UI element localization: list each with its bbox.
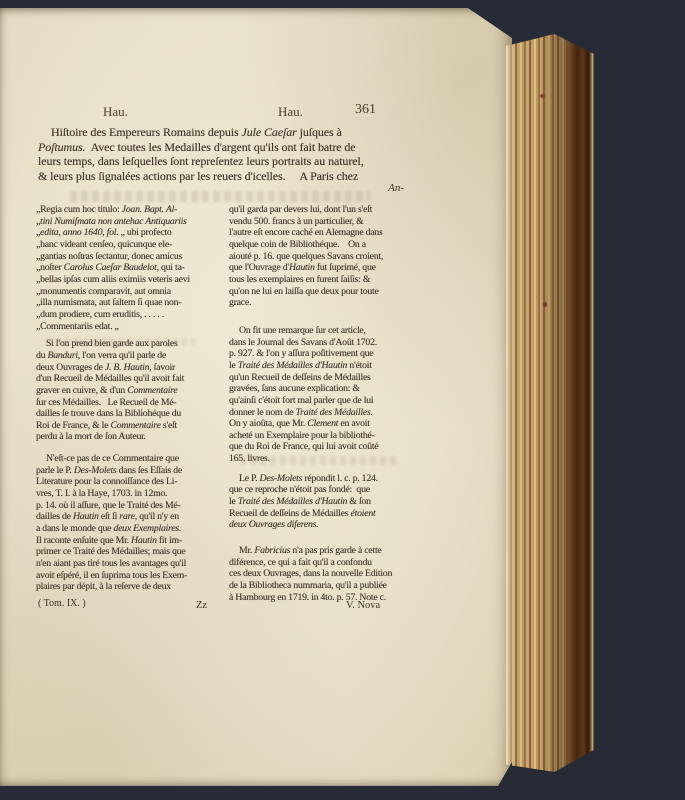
- paragraph: Mr. Fabricius n'a pas pris garde à cette…: [229, 545, 413, 603]
- book-pages-edge: [506, 34, 568, 772]
- text-line: que ce reproche n'étoit pas fondé: que: [229, 484, 413, 496]
- text: deux Ouvrages de: [36, 362, 105, 373]
- text: quelque coin de Bibliothéque. On a: [229, 239, 366, 250]
- italic-text: Des-Molets: [260, 473, 303, 484]
- text: „Commentariis edat. „: [36, 321, 119, 332]
- text: vres, T. I. à la Haye, 1703. in 12mo.: [36, 488, 167, 499]
- text: p. 14. où il aſſure, que le Traité des M…: [36, 500, 181, 511]
- text-line: N'eſt-ce pas de ce Commentaire que: [36, 453, 217, 465]
- text-line: de la Bibliotheca nummaria, qu'il a publ…: [229, 580, 413, 592]
- italic-text: Des-Molets: [74, 465, 117, 476]
- book-fore-edge: [506, 34, 594, 772]
- text: fut ſuprimé, que: [315, 262, 376, 273]
- text: avoit eſpéré, il en ſuprima tous les Exe…: [36, 570, 187, 581]
- text: acheté un Exemplaire pour la bibliothé-: [229, 430, 375, 441]
- book-cover-edge: [568, 34, 594, 772]
- paragraph: Le P. Des-Molets répondit l. c. p. 124.q…: [229, 473, 413, 531]
- italic-text: Commentaire: [127, 385, 177, 396]
- text: graver en cuivre, & d'un: [36, 385, 127, 396]
- text: Hiſtoire des Empereurs Romains depuis: [51, 125, 242, 139]
- text: gravées, ſans aucune explication: &: [229, 383, 360, 394]
- text: a dans le monde que: [36, 523, 113, 534]
- italic-text: J. B. Hautin: [105, 362, 149, 373]
- text-line: p. 14. où il aſſure, que le Traité des M…: [36, 500, 217, 512]
- text-line: que du Roi de France, qui lui avoit coût…: [229, 441, 413, 453]
- text: leurs temps, dans leſquelles ſont repreſ…: [38, 154, 364, 168]
- text: que du Roi de France, qui lui avoit coût…: [229, 441, 378, 452]
- text-line: Mr. Fabricius n'a pas pris garde à cette: [229, 545, 413, 557]
- text-line: aiouté p. 16. que quelques Savans croien…: [229, 251, 413, 263]
- text: „bellas ipſas cum aliis eximiis veteris …: [36, 274, 190, 285]
- page-number: 361: [355, 102, 376, 118]
- text-line: qu'il garda par devers lui, dont l'un s'…: [229, 204, 413, 216]
- text: répondit l. c. p. 124.: [302, 473, 378, 484]
- text-line: n'en aiant pas tiré tous les avantages q…: [36, 558, 217, 570]
- paragraph: Si l'on prend bien garde aux parolesdu B…: [36, 338, 217, 443]
- text-line: „edita, anno 1640, fol. „ ubi profecto: [36, 227, 217, 239]
- text: perdu à la mort de ſon Auteur.: [36, 431, 146, 442]
- text: Literature pour la connoiſſance des Li-: [36, 476, 177, 487]
- text: & ſon: [347, 496, 371, 507]
- text: n'en aiant pas tiré tous les avantages q…: [36, 558, 186, 569]
- text: Roi de France, & le: [36, 420, 110, 431]
- text: 165. livres.: [229, 453, 270, 464]
- text: de la Bibliotheca nummaria, qu'il a publ…: [229, 580, 387, 591]
- text-line: Poſtumus. Avec toutes les Medailles d'ar…: [38, 140, 416, 155]
- text: dailles ſe trouve dans la Bibliohéque du: [36, 408, 181, 419]
- italic-text: rare: [119, 511, 135, 522]
- text-line: gravées, ſans aucune explication: &: [229, 383, 413, 395]
- text: que l'Ouvrage d': [229, 262, 289, 273]
- text: , l'on verra qu'il parle de: [78, 350, 166, 361]
- text-columns: „Regia cum hoc titulo: Joan. Bapt. Al-„t…: [36, 204, 413, 603]
- text-line: „dum prodiere, cum eruditis, . . . . .: [36, 309, 217, 321]
- text-line: „illa numismata, aut ſaltem ſi quae non-: [36, 297, 217, 309]
- italic-text: Traité des Médailles d'Hautin: [238, 360, 347, 371]
- text-line: qu'ainſi c'étoit fort mal parler que de …: [229, 395, 413, 407]
- text: Si l'on prend bien garde aux paroles: [46, 338, 178, 349]
- italic-text: deux Exemplaires.: [113, 523, 181, 534]
- text-line: Recueil de deſſeins de Médailles étoient: [229, 508, 413, 520]
- text: , ſavoir: [149, 362, 175, 373]
- text-line: 165. livres.: [229, 453, 413, 465]
- text-line: Le P. Des-Molets répondit l. c. p. 124.: [229, 473, 413, 485]
- text: p. 927. & l'on y aſſura poſitivement que: [229, 348, 373, 359]
- text-line: dailles de Hautin eſt ſi rare, qu'il n'y…: [36, 511, 217, 523]
- text: primer ce Traité des Médailles; mais que: [36, 546, 185, 557]
- text-line: acheté un Exemplaire pour la bibliothé-: [229, 430, 413, 442]
- text: eſt ſi: [99, 511, 120, 522]
- text-line: „Commentariis edat. „: [36, 321, 217, 333]
- text: tous les exemplaires en furent ſaiſis: &: [229, 274, 370, 285]
- text: ces deux Ouvrages, dans la nouvelle Edit…: [229, 568, 392, 579]
- text: , qu'il n'y en: [135, 511, 179, 522]
- text-line: On y aioûta, que Mr. Clement en avoit: [229, 418, 413, 430]
- text-line: quelque coin de Bibliothéque. On a: [229, 239, 413, 251]
- text: qu'ainſi c'étoit fort mal parler que de …: [229, 395, 373, 406]
- text: n'a pas pris garde à cette: [290, 545, 381, 556]
- text-line: vendu 500. francs à un particulier, &: [229, 216, 413, 228]
- left-column: „Regia cum hoc titulo: Joan. Bapt. Al-„t…: [36, 204, 217, 603]
- text: d'un Recueil de Médailles qu'il avoit fa…: [36, 373, 184, 384]
- text-line: avoit eſpéré, il en ſuprima tous les Exe…: [36, 570, 217, 582]
- italic-text: Commentaire: [110, 420, 160, 431]
- paragraph: N'eſt-ce pas de ce Commentaire queparle …: [36, 453, 217, 593]
- text: „monumentis comparavit, aut omnia: [36, 286, 171, 297]
- edge-stain: [543, 302, 547, 307]
- text: „Regia cum hoc titulo:: [36, 204, 122, 215]
- text-line: „noſter Carolus Caeſar Baudelot, qui ta-: [36, 262, 217, 274]
- text-line: parle le P. Des-Molets dans ſes Eſſais d…: [36, 465, 217, 477]
- tome-label: ( Tom. IX. ): [38, 598, 86, 609]
- text-line: qu'un Recueil de deſſeins de Médailles: [229, 372, 413, 384]
- book-page: Hau. Hau. 361 Hiſtoire des Empereurs Rom…: [0, 8, 512, 786]
- text: Il raconte enſuite que Mr.: [36, 535, 131, 546]
- paragraph: qu'il garda par devers lui, dont l'un s'…: [229, 204, 413, 309]
- text: & leurs plus ſignalées actions par les r…: [38, 169, 358, 183]
- text-line: d'un Recueil de Médailles qu'il avoit fa…: [36, 373, 217, 385]
- bottom-catchword: V. Nova: [346, 600, 380, 611]
- text-line: „hanc videant cenſeo, quicunque ele-: [36, 239, 217, 251]
- text: „dum prodiere, cum eruditis, . . . . .: [36, 309, 164, 320]
- text: ſur ces Médailles. Le Recueil de Mé-: [36, 397, 176, 408]
- text: aiouté p. 16. que quelques Savans croien…: [229, 251, 383, 262]
- text-line: „tini Numiſmata non antehac Antiquariis: [36, 216, 217, 228]
- text: dans le Journal des Savans d'Août 1702.: [229, 337, 377, 348]
- text-line: dailles ſe trouve dans la Bibliohéque du: [36, 408, 217, 420]
- text-line: Il raconte enſuite que Mr. Hautin fit im…: [36, 535, 217, 547]
- text-line: „Regia cum hoc titulo: Joan. Bapt. Al-: [36, 204, 217, 216]
- text-line: a dans le monde que deux Exemplaires.: [36, 523, 217, 535]
- text-line: qu'on ne lui en laiſſa que deux pour tou…: [229, 286, 413, 298]
- text: On y aioûta, que Mr.: [229, 418, 307, 429]
- text-line: tous les exemplaires en furent ſaiſis: &: [229, 274, 413, 286]
- text-line: grace.: [229, 297, 413, 309]
- text: n'étoit: [347, 360, 372, 371]
- text: l'autre eſt encore caché en Alemagne dan…: [229, 227, 383, 238]
- italic-text: Carolus Caeſar Baudelot: [64, 262, 157, 273]
- text: vendu 500. francs à un particulier, &: [229, 216, 364, 227]
- text: donner le nom de: [229, 407, 296, 418]
- intro-paragraph: Hiſtoire des Empereurs Romains depuis Ju…: [38, 125, 416, 183]
- text-line: diférence, ce qui a fait qu'il a confond…: [229, 557, 413, 569]
- text-line: „gantias noſtras ſectantur, donec amicus: [36, 251, 217, 263]
- text-line: p. 927. & l'on y aſſura poſitivement que: [229, 348, 413, 360]
- italic-text: Joan. Bapt. Al-: [122, 204, 177, 215]
- text-line: „bellas ipſas cum aliis eximiis veteris …: [36, 274, 217, 286]
- italic-text: tini Numiſmata non antehac Antiquariis: [40, 216, 187, 227]
- book-photo: Hau. Hau. 361 Hiſtoire des Empereurs Rom…: [0, 0, 685, 800]
- text: fit im-: [157, 535, 182, 546]
- text-line: „monumentis comparavit, aut omnia: [36, 286, 217, 298]
- text-line: graver en cuivre, & d'un Commentaire: [36, 385, 217, 397]
- text-line: que l'Ouvrage d'Hautin fut ſuprimé, que: [229, 262, 413, 274]
- text: „hanc videant cenſeo, quicunque ele-: [36, 239, 172, 250]
- text-line: deux Ouvrages de J. B. Hautin, ſavoir: [36, 362, 217, 374]
- text: le: [229, 360, 238, 371]
- text: Avec toutes les Medailles d'argent qu'il…: [85, 140, 355, 154]
- italic-text: Traité des Médailles.: [296, 407, 373, 418]
- signature-mark: Zz: [196, 600, 207, 611]
- italic-text: edita, anno 1640, fol.: [40, 227, 118, 238]
- text-line: plaires par dépit, à la reſerve de deux: [36, 581, 217, 593]
- text: „gantias noſtras ſectantur, donec amicus: [36, 251, 182, 262]
- text: „noſter: [36, 262, 64, 273]
- text: On fit une remarque ſur cet article,: [239, 325, 366, 336]
- text: juſques à: [297, 125, 342, 139]
- text-line: donner le nom de Traité des Médailles.: [229, 407, 413, 419]
- text-line: Literature pour la connoiſſance des Li-: [36, 476, 217, 488]
- italic-text: deux Ouvrages diferens.: [229, 519, 318, 530]
- italic-text: Clement: [307, 418, 338, 429]
- text-line: le Traité des Médailles d'Hautin n'étoit: [229, 360, 413, 372]
- text-line: perdu à la mort de ſon Auteur.: [36, 431, 217, 443]
- text-line: du Banduri, l'on verra qu'il parle de: [36, 350, 217, 362]
- text: qu'un Recueil de deſſeins de Médailles: [229, 372, 371, 383]
- italic-text: Fabricius: [254, 545, 290, 556]
- text: Le P.: [239, 473, 260, 484]
- text-line: On fit une remarque ſur cet article,: [229, 325, 413, 337]
- text: dans ſes Eſſais de: [116, 465, 181, 476]
- running-head-center: Hau.: [278, 104, 303, 120]
- text: „illa numismata, aut ſaltem ſi quae non-: [36, 297, 181, 308]
- edge-stain: [540, 94, 545, 98]
- text: qu'on ne lui en laiſſa que deux pour tou…: [229, 286, 379, 297]
- text-line: à Hambourg en 1719. in 4to. p. 57. Note …: [229, 592, 413, 604]
- text-line: dans le Journal des Savans d'Août 1702.: [229, 337, 413, 349]
- text-line: ces deux Ouvrages, dans la nouvelle Edit…: [229, 568, 413, 580]
- right-column: qu'il garda par devers lui, dont l'un s'…: [229, 204, 413, 603]
- italic-text: Banduri: [48, 350, 78, 361]
- paragraph: On fit une remarque ſur cet article,dans…: [229, 325, 413, 465]
- text-line: leurs temps, dans leſquelles ſont repreſ…: [38, 154, 416, 169]
- italic-text: Hautin: [131, 535, 157, 546]
- text: diférence, ce qui a fait qu'il a confond…: [229, 557, 372, 568]
- text: parle le P.: [36, 465, 74, 476]
- text: en avoit: [338, 418, 369, 429]
- italic-text: Hautin: [289, 262, 315, 273]
- text-line: primer ce Traité des Médailles; mais que: [36, 546, 217, 558]
- text: Mr.: [239, 545, 254, 556]
- text: plaires par dépit, à la reſerve de deux: [36, 581, 171, 592]
- text-line: Roi de France, & le Commentaire s'eſt: [36, 420, 217, 432]
- text-line: vres, T. I. à la Haye, 1703. in 12mo.: [36, 488, 217, 500]
- text-line: deux Ouvrages diferens.: [229, 519, 413, 531]
- text-line: ſur ces Médailles. Le Recueil de Mé-: [36, 397, 217, 409]
- text: que ce reproche n'étoit pas fondé: que: [229, 484, 370, 495]
- italic-text: Jule Caeſar: [242, 125, 297, 139]
- italic-text: Poſtumus.: [38, 140, 85, 154]
- text: du: [36, 350, 48, 361]
- italic-text: Hautin: [73, 511, 99, 522]
- text: Recueil de deſſeins de Médailles: [229, 508, 351, 519]
- text: „ ubi profecto: [118, 227, 171, 238]
- text: le: [229, 496, 238, 507]
- paragraph: „Regia cum hoc titulo: Joan. Bapt. Al-„t…: [36, 204, 217, 332]
- italic-text: Traité des Médailles d'Hautin: [238, 496, 347, 507]
- intro-catchword: An-: [38, 182, 404, 194]
- text: s'eſt: [161, 420, 177, 431]
- italic-text: étoient: [351, 508, 376, 519]
- text: N'eſt-ce pas de ce Commentaire que: [46, 453, 179, 464]
- text-line: le Traité des Médailles d'Hautin & ſon: [229, 496, 413, 508]
- text: dailles de: [36, 511, 73, 522]
- text: grace.: [229, 297, 251, 308]
- text: qu'il garda par devers lui, dont l'un s'…: [229, 204, 372, 215]
- text-line: l'autre eſt encore caché en Alemagne dan…: [229, 227, 413, 239]
- text: , qui ta-: [157, 262, 185, 273]
- running-head-left: Hau.: [103, 104, 128, 120]
- text-line: Si l'on prend bien garde aux paroles: [36, 338, 217, 350]
- text-line: Hiſtoire des Empereurs Romains depuis Ju…: [38, 125, 416, 140]
